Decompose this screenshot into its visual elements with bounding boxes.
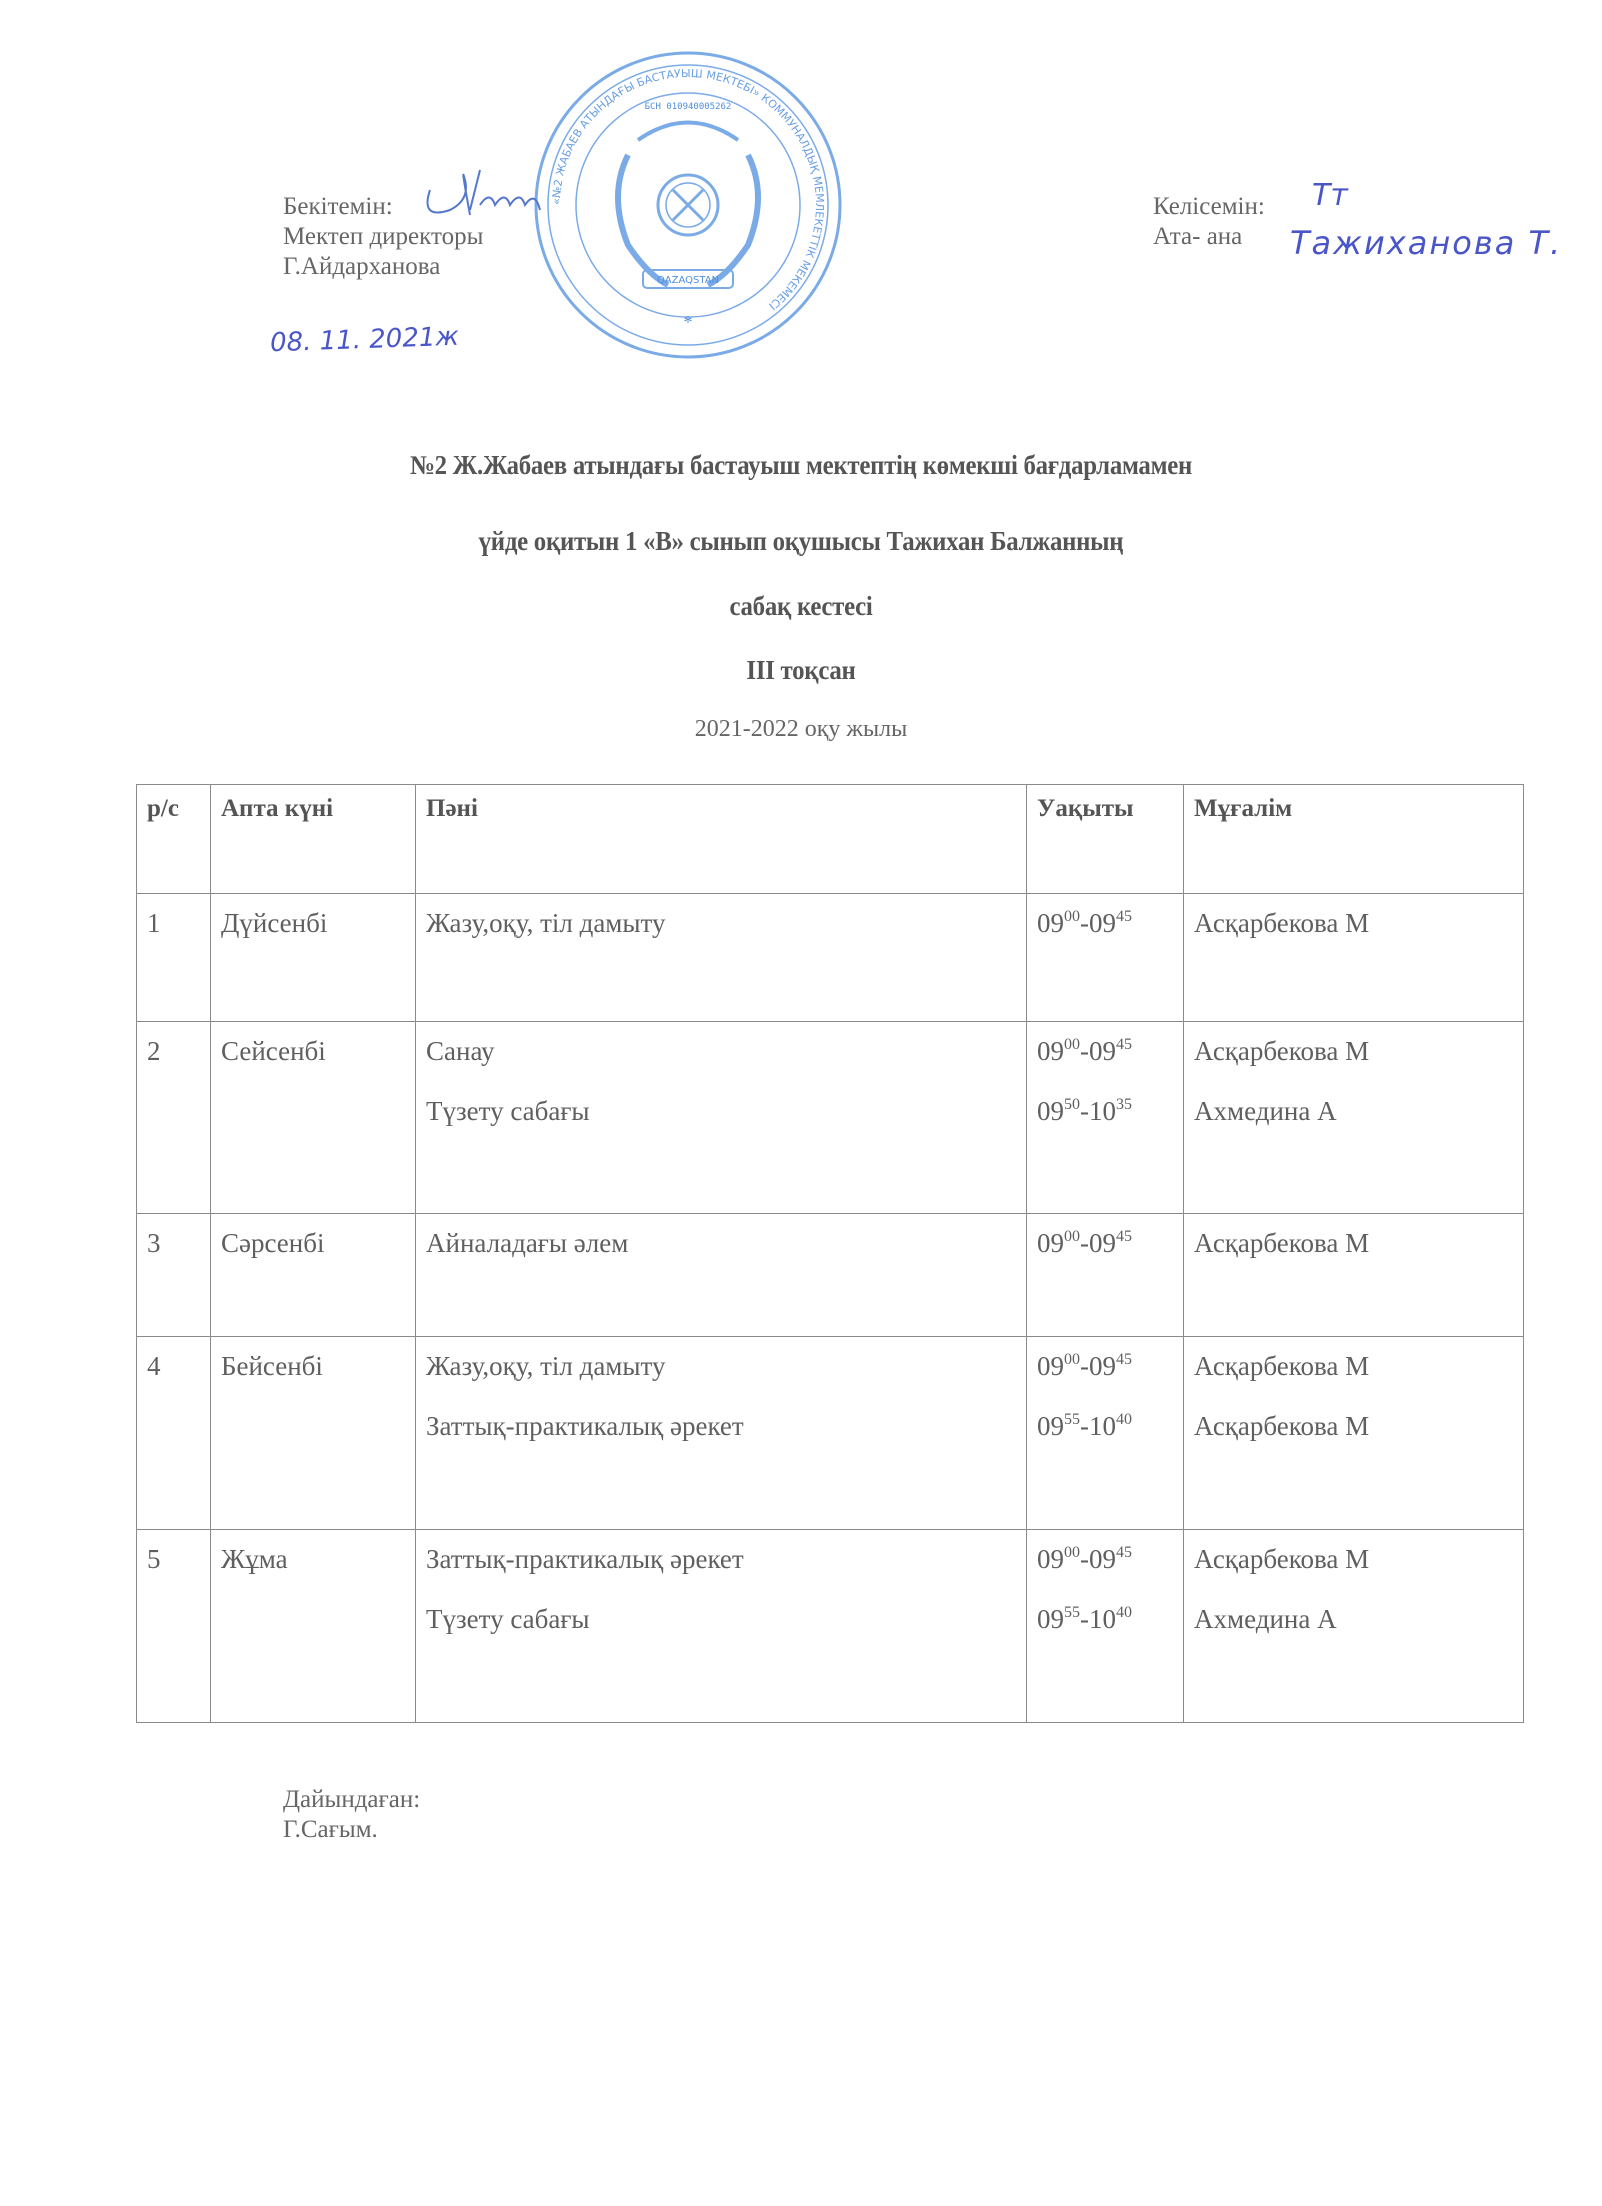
table-row: 1ДүйсенбіЖазу,оқу, тіл дамыту0900-0945Ас… [137, 894, 1524, 1022]
subject-name: Заттық-практикалық әрекет [426, 1540, 1018, 1600]
title-line-1: №2 Ж.Жабаев атындағы бастауыш мектептің … [64, 450, 1538, 481]
day-name: Сейсенбі [221, 1032, 407, 1092]
start-hour: 09 [1037, 1604, 1064, 1634]
subject-name: Заттық-практикалық әрекет [426, 1407, 1018, 1467]
start-hour: 09 [1037, 1544, 1064, 1574]
start-minute: 00 [1064, 1228, 1080, 1245]
row-number-text: 4 [147, 1347, 202, 1407]
row-number: 4 [137, 1337, 211, 1530]
row-day: Сейсенбі [211, 1022, 416, 1214]
row-times: 0900-09450955-1040 [1027, 1530, 1184, 1723]
row-subjects: Айналадағы әлем [416, 1214, 1027, 1337]
start-minute: 00 [1064, 908, 1080, 925]
row-times: 0900-09450950-1035 [1027, 1022, 1184, 1214]
handwritten-date: 08. 11. 2021ж [270, 322, 460, 359]
prepared-name: Г.Сағым. [283, 1815, 420, 1845]
teacher-name: Асқарбекова М [1194, 1540, 1515, 1600]
col-header-teacher: Мұғалім [1184, 785, 1524, 894]
end-minute: 45 [1116, 1544, 1132, 1561]
day-name: Сәрсенбі [221, 1224, 407, 1284]
col-header-num: р/с [137, 785, 211, 894]
row-teachers: Асқарбекова МАхмедина А [1184, 1022, 1524, 1214]
subject-name: Түзету сабағы [426, 1600, 1018, 1660]
row-subjects: Жазу,оқу, тіл дамыту [416, 894, 1027, 1022]
lesson-time: 0955-1040 [1037, 1407, 1175, 1467]
title-line-4: ІІІ тоқсан [64, 655, 1538, 686]
start-hour: 09 [1037, 1096, 1064, 1126]
row-subjects: СанауТүзету сабағы [416, 1022, 1027, 1214]
teacher-name: Асқарбекова М [1194, 1032, 1515, 1092]
end-hour: 09 [1089, 908, 1116, 938]
teacher-name: Ахмедина А [1194, 1600, 1515, 1660]
table-row: 2СейсенбіСанауТүзету сабағы0900-09450950… [137, 1022, 1524, 1214]
end-minute: 35 [1116, 1096, 1132, 1113]
row-teachers: Асқарбекова МАхмедина А [1184, 1530, 1524, 1723]
agree-block: Келісемін: Ата- ана [1153, 192, 1265, 252]
row-day: Жұма [211, 1530, 416, 1723]
row-times: 0900-09450955-1040 [1027, 1337, 1184, 1530]
end-minute: 45 [1116, 1351, 1132, 1368]
subject-name: Айналадағы әлем [426, 1224, 1018, 1284]
title-line-2: үйде оқитын 1 «В» сынып оқушысы Тажихан … [64, 526, 1538, 557]
subject-name: Түзету сабағы [426, 1092, 1018, 1152]
academic-year: 2021-2022 оқу жылы [0, 716, 1602, 743]
end-minute: 45 [1116, 1036, 1132, 1053]
day-name: Дүйсенбі [221, 904, 407, 964]
approve-name: Г.Айдарханова [283, 252, 483, 282]
schedule-table: р/с Апта күні Пәні Уақыты Мұғалім 1Дүйсе… [136, 784, 1524, 1723]
table-row: 4БейсенбіЖазу,оқу, тіл дамытуЗаттық-прак… [137, 1337, 1524, 1530]
row-day: Сәрсенбі [211, 1214, 416, 1337]
end-minute: 45 [1116, 1228, 1132, 1245]
end-hour: 10 [1089, 1411, 1116, 1441]
svg-text:QAZAQSTAN: QAZAQSTAN [657, 275, 719, 286]
teacher-name: Ахмедина А [1194, 1092, 1515, 1152]
official-stamp: «№2 ЖАБАЕВ АТЫНДАҒЫ БАСТАУЫШ МЕКТЕБІ» КО… [528, 45, 848, 365]
subject-name: Жазу,оқу, тіл дамыту [426, 1347, 1018, 1407]
row-teachers: Асқарбекова МАсқарбекова М [1184, 1337, 1524, 1530]
table-row: 5ЖұмаЗаттық-практикалық әрекетТүзету саб… [137, 1530, 1524, 1723]
teacher-name: Асқарбекова М [1194, 1347, 1515, 1407]
start-hour: 09 [1037, 1351, 1064, 1381]
lesson-time: 0955-1040 [1037, 1600, 1175, 1660]
end-minute: 45 [1116, 908, 1132, 925]
row-day: Бейсенбі [211, 1337, 416, 1530]
col-header-day: Апта күні [211, 785, 416, 894]
teacher-name: Асқарбекова М [1194, 1224, 1515, 1284]
agree-label: Келісемін: [1153, 192, 1265, 222]
teacher-name: Асқарбекова М [1194, 904, 1515, 964]
day-name: Жұма [221, 1540, 407, 1600]
title-line-3: сабақ кестесі [64, 591, 1538, 622]
agree-role: Ата- ана [1153, 222, 1265, 252]
start-minute: 55 [1064, 1411, 1080, 1428]
end-hour: 09 [1089, 1351, 1116, 1381]
row-number: 1 [137, 894, 211, 1022]
row-number-text: 3 [147, 1224, 202, 1284]
start-minute: 00 [1064, 1036, 1080, 1053]
start-hour: 09 [1037, 1228, 1064, 1258]
start-minute: 50 [1064, 1096, 1080, 1113]
row-number: 2 [137, 1022, 211, 1214]
row-subjects: Заттық-практикалық әрекетТүзету сабағы [416, 1530, 1027, 1723]
lesson-time: 0900-0945 [1037, 1224, 1175, 1284]
subject-name: Санау [426, 1032, 1018, 1092]
director-signature [410, 150, 560, 240]
end-hour: 09 [1089, 1228, 1116, 1258]
lesson-time: 0900-0945 [1037, 1540, 1175, 1600]
parent-signature: Тт [1312, 178, 1348, 213]
lesson-time: 0900-0945 [1037, 1347, 1175, 1407]
parent-handwritten-name: Тажиханова Т. [1290, 224, 1562, 262]
prepared-label: Дайындаған: [283, 1785, 420, 1815]
row-teachers: Асқарбекова М [1184, 894, 1524, 1022]
lesson-time: 0900-0945 [1037, 1032, 1175, 1092]
end-minute: 40 [1116, 1411, 1132, 1428]
day-name: Бейсенбі [221, 1347, 407, 1407]
start-hour: 09 [1037, 1036, 1064, 1066]
row-number-text: 1 [147, 904, 202, 964]
row-day: Дүйсенбі [211, 894, 416, 1022]
row-number-text: 5 [147, 1540, 202, 1600]
row-number-text: 2 [147, 1032, 202, 1092]
start-minute: 00 [1064, 1351, 1080, 1368]
lesson-time: 0900-0945 [1037, 904, 1175, 964]
lesson-time: 0950-1035 [1037, 1092, 1175, 1152]
prepared-block: Дайындаған: Г.Сағым. [283, 1785, 420, 1845]
end-hour: 09 [1089, 1036, 1116, 1066]
start-hour: 09 [1037, 908, 1064, 938]
end-minute: 40 [1116, 1604, 1132, 1621]
row-number: 3 [137, 1214, 211, 1337]
end-hour: 10 [1089, 1096, 1116, 1126]
svg-text:*: * [684, 312, 693, 332]
teacher-name: Асқарбекова М [1194, 1407, 1515, 1467]
start-hour: 09 [1037, 1411, 1064, 1441]
row-number: 5 [137, 1530, 211, 1723]
row-times: 0900-0945 [1027, 894, 1184, 1022]
end-hour: 09 [1089, 1544, 1116, 1574]
table-row: 3СәрсенбіАйналадағы әлем0900-0945Асқарбе… [137, 1214, 1524, 1337]
subject-name: Жазу,оқу, тіл дамыту [426, 904, 1018, 964]
col-header-time: Уақыты [1027, 785, 1184, 894]
col-header-subject: Пәні [416, 785, 1027, 894]
row-teachers: Асқарбекова М [1184, 1214, 1524, 1337]
end-hour: 10 [1089, 1604, 1116, 1634]
svg-text:БСН 010940005262: БСН 010940005262 [645, 102, 732, 112]
start-minute: 00 [1064, 1544, 1080, 1561]
row-subjects: Жазу,оқу, тіл дамытуЗаттық-практикалық ә… [416, 1337, 1027, 1530]
table-header-row: р/с Апта күні Пәні Уақыты Мұғалім [137, 785, 1524, 894]
start-minute: 55 [1064, 1604, 1080, 1621]
row-times: 0900-0945 [1027, 1214, 1184, 1337]
